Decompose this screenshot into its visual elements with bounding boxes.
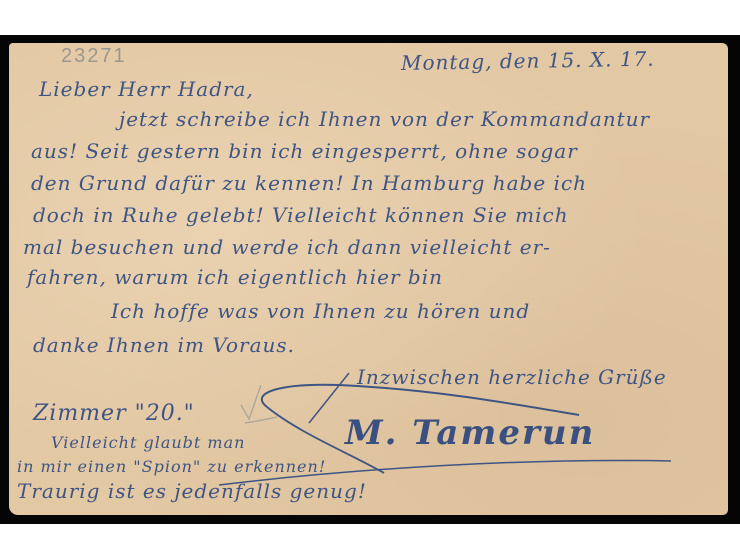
postcard: 23271 Montag, den 15. X. 17. Lieber Herr… xyxy=(9,43,728,515)
signature-flourish-strokes xyxy=(9,43,728,515)
